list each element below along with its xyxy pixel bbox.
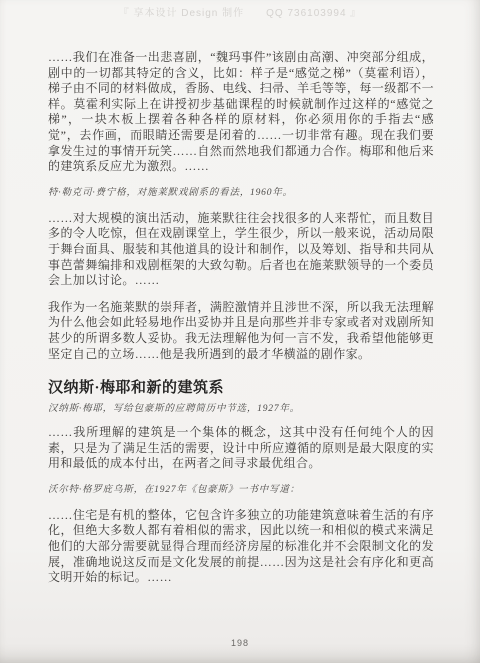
quote-paragraph-weimar-play: ……我们在准备一出悲喜剧，“魏玛事件”该剧由高潮、冲突部分组成，剧中的一切都其特…	[48, 50, 434, 175]
scan-watermark: 『 享本设计 Design 制作 QQ 736103994 』	[0, 4, 480, 19]
quote-paragraph-collective-architecture: ……我所理解的建筑是一个集体的概念，这其中没有任何纯个人的因素，只是为了满足生活…	[48, 425, 434, 472]
quote-paragraph-admirer: 我作为一名施莱默的崇拜者，满腔激情并且涉世不深，所以我无法理解为什么他会如此轻易…	[48, 300, 434, 362]
quote-paragraph-schlemmer-theatre: ……对大规模的演出活动，施莱默往往会找很多的人来帮忙，而且数目多的令人吃惊，但在…	[48, 211, 434, 289]
attribution-feininger: 特·勒克司·费宁格，对施莱默戏剧系的看法，1960年。	[48, 187, 434, 200]
quote-paragraph-housing-standardization: ……住宅是有机的整体，它包含许多独立的功能建筑意味着生活的有序化，但绝大多数人都…	[48, 508, 434, 586]
section-heading-hannes-meyer: 汉纳斯·梅耶和新的建筑系	[48, 379, 434, 397]
page-text-block: ……我们在准备一出悲喜剧，“魏玛事件”该剧由高潮、冲突部分组成，剧中的一切都其特…	[48, 50, 434, 586]
attribution-meyer-resume: 汉纳斯·梅耶，写给包豪斯的应聘简历中节选，1927年。	[48, 403, 434, 416]
page-number: 198	[0, 638, 480, 648]
scanned-book-page: 『 享本设计 Design 制作 QQ 736103994 』 ……我们在准备一…	[0, 0, 480, 663]
attribution-gropius-book: 沃尔特·格罗庇乌斯，在1927年《包豪斯》一书中写道：	[48, 484, 434, 497]
